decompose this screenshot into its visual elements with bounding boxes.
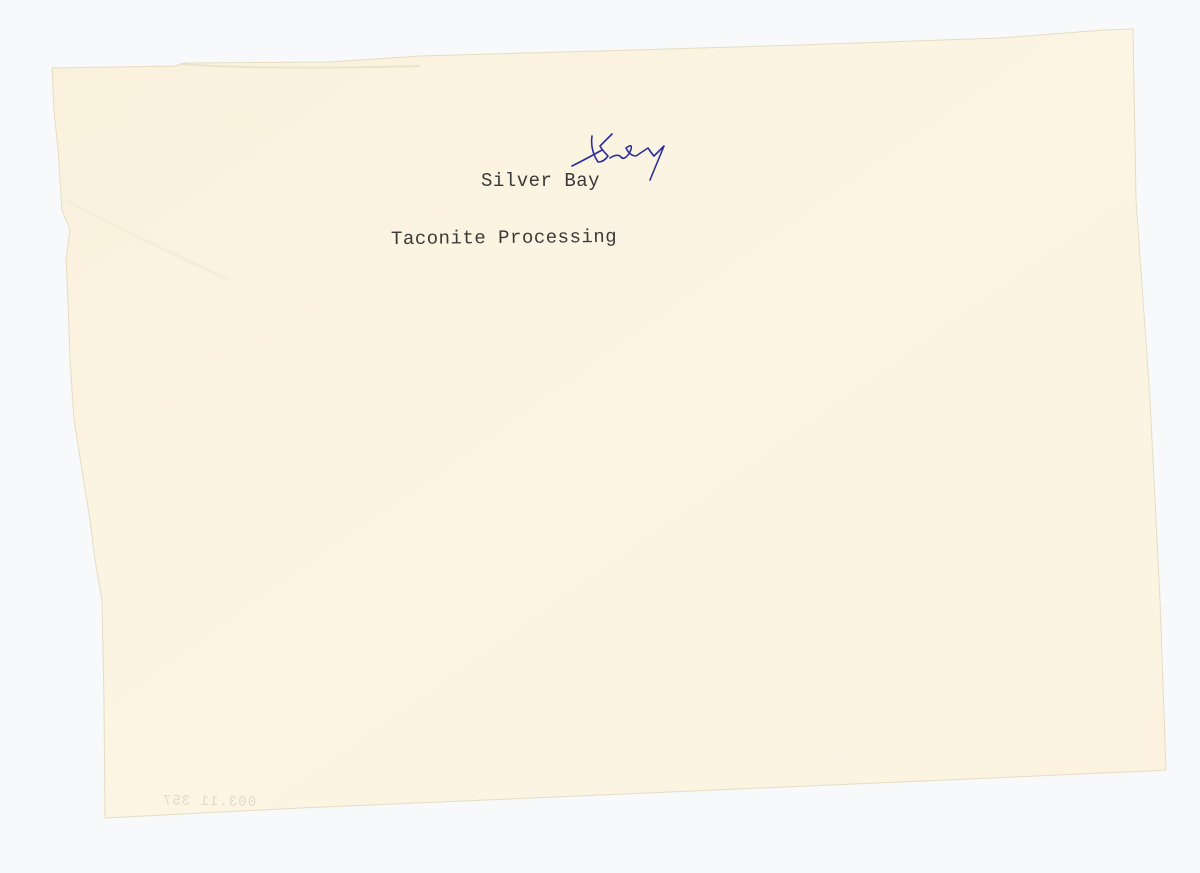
reverse-side-showthrough: 003.11 357 bbox=[162, 793, 256, 811]
handwritten-annotation-icon bbox=[568, 128, 678, 188]
typed-line-subject: Taconite Processing bbox=[391, 226, 617, 250]
